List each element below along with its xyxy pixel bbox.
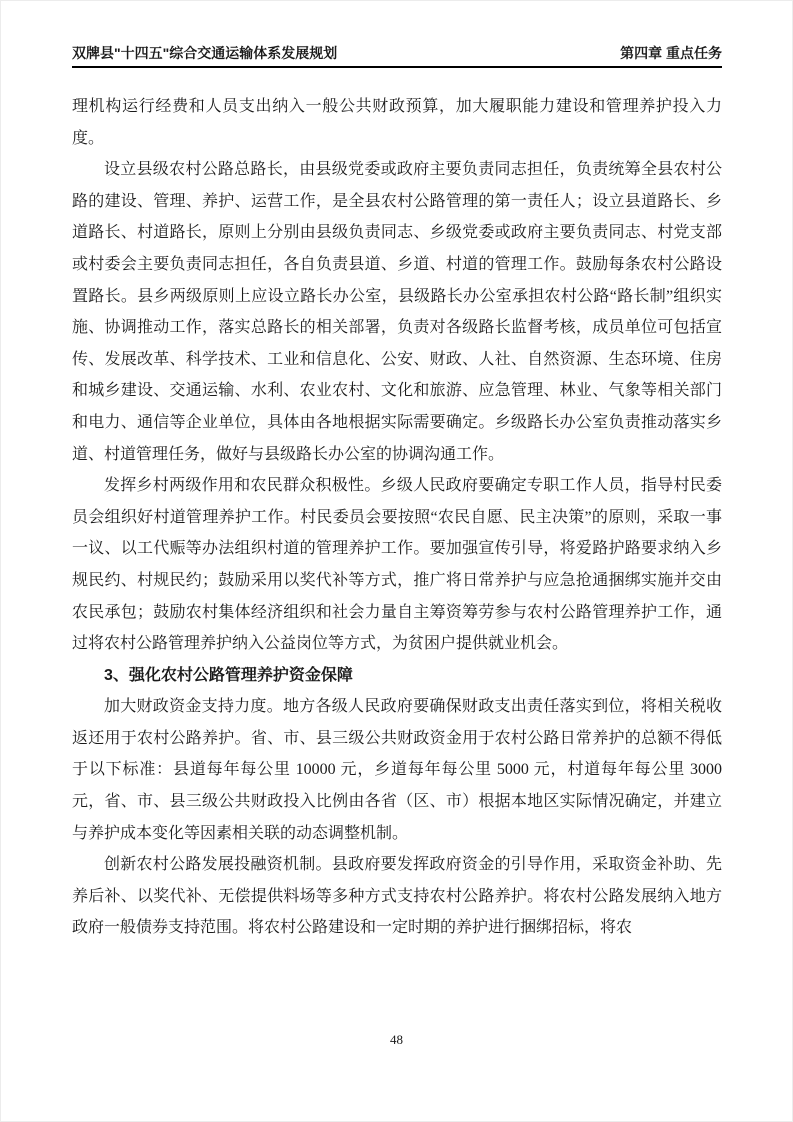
header-chapter-title: 第四章 重点任务 <box>620 44 722 62</box>
document-page: 双牌县"十四五"综合交通运输体系发展规划 第四章 重点任务 理机构运行经费和人员… <box>0 0 793 1122</box>
page-footer: 48 <box>0 1030 793 1050</box>
page-header: 双牌县"十四五"综合交通运输体系发展规划 第四章 重点任务 <box>72 44 722 68</box>
section-heading: 3、强化农村公路管理养护资金保障 <box>72 660 722 692</box>
paragraph: 发挥乡村两级作用和农民群众积极性。乡级人民政府要确定专职工作人员，指导村民委员会… <box>72 470 722 660</box>
paragraph: 设立县级农村公路总路长，由县级党委或政府主要负责同志担任，负责统筹全县农村公路的… <box>72 154 722 470</box>
paragraph: 加大财政资金支持力度。地方各级人民政府要确保财政支出责任落实到位，将相关税收返还… <box>72 691 722 849</box>
document-body: 理机构运行经费和人员支出纳入一般公共财政预算，加大履职能力建设和管理养护投入力度… <box>72 91 722 944</box>
paragraph-continuation: 理机构运行经费和人员支出纳入一般公共财政预算，加大履职能力建设和管理养护投入力度… <box>72 91 722 154</box>
paragraph: 创新农村公路发展投融资机制。县政府要发挥政府资金的引导作用，采取资金补助、先养后… <box>72 849 722 944</box>
page-number: 48 <box>390 1032 403 1047</box>
header-document-title: 双牌县"十四五"综合交通运输体系发展规划 <box>72 44 337 62</box>
